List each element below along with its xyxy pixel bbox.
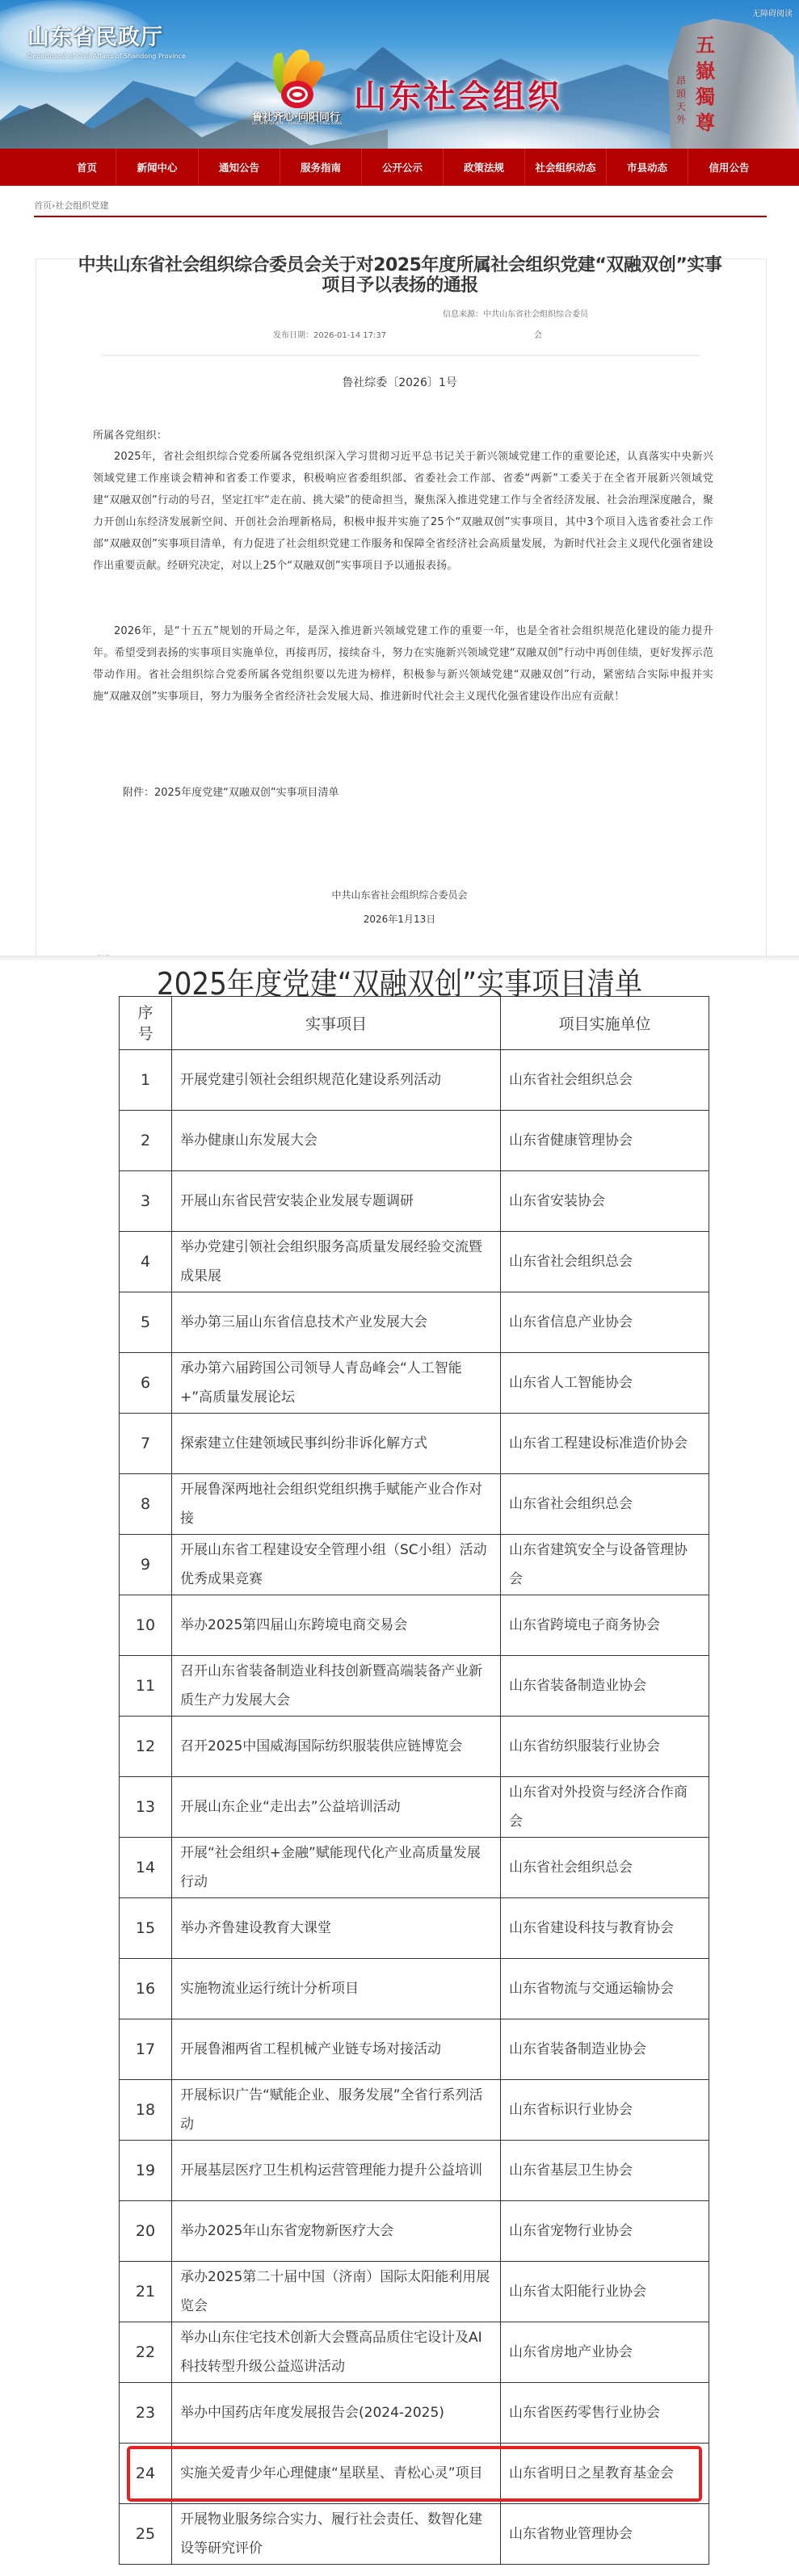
cell-unit: 山东省明日之星教育基金会 [501,2444,709,2504]
cell-unit: 山东省建设科技与教育协会 [501,1898,709,1959]
cell-unit: 山东省纺织服装行业协会 [501,1717,709,1777]
cell-no: 4 [120,1232,172,1292]
org-slogan-en: LU SHE QI XIN · XIANG YANG TONG XING [252,121,343,126]
cell-no: 5 [120,1292,172,1353]
cell-item: 举办齐鲁建设教育大课堂 [172,1898,501,1959]
article-source: 信息来源：中共山东省社会组织综合委员 [443,307,588,319]
cell-item: 举办2025第四届山东跨境电商交易会 [172,1595,501,1656]
cell-no: 1 [120,1050,172,1111]
cell-item: 开展基层医疗卫生机构运营管理能力提升公益培训 [172,2141,501,2201]
cell-unit: 山东省房地产业协会 [501,2322,709,2383]
cell-no: 18 [120,2080,172,2141]
nav-item-notices[interactable]: 通知公告 [199,149,280,186]
table-row: 13开展山东企业“走出去”公益培训活动山东省对外投资与经济合作商会 [120,1777,709,1838]
cell-item: 开展物业服务综合实力、履行社会责任、数智化建设等研究评价 [172,2504,501,2565]
body-paragraph-2: 2026年，是“十五五”规划的开局之年，是深入推进新兴领域党建工作的重要一年，也… [93,620,713,708]
nav-item-service-guide[interactable]: 服务指南 [280,149,362,186]
cell-no: 13 [120,1777,172,1838]
cell-item: 举办第三届山东省信息技术产业发展大会 [172,1292,501,1353]
table-row: 7探索建立住建领域民事纠纷非诉化解方式山东省工程建设标准造价协会 [120,1414,709,1474]
cell-item: 举办党建引领社会组织服务高质量发展经验交流暨成果展 [172,1232,501,1292]
table-row: 8开展鲁深两地社会组织党组织携手赋能产业合作对接山东省社会组织总会 [120,1474,709,1535]
accessibility-reading-link[interactable]: 无障碍阅读 [752,6,793,19]
cell-item: 承办2025第二十届中国（济南）国际太阳能利用展览会 [172,2262,501,2322]
cell-no: 12 [120,1717,172,1777]
cell-no: 11 [120,1656,172,1717]
nav-item-home[interactable]: 首页 [58,149,116,186]
cell-item: 开展标识广告“赋能企业、服务发展”全省行系列活动 [172,2080,501,2141]
site-banner: 五嶽獨尊 昂頭天外 山东省民政厅 Department of Civil Aff… [0,0,799,149]
attachment-label: 附件：2025年度党建“双融双创”实事项目清单 [123,784,339,799]
cell-item: 开展鲁深两地社会组织党组织携手赋能产业合作对接 [172,1474,501,1535]
table-row: 14开展“社会组织+金融”赋能现代化产业高质量发展行动山东省社会组织总会 [120,1838,709,1898]
cell-item: 探索建立住建领域民事纠纷非诉化解方式 [172,1414,501,1474]
cell-item: 开展鲁湘两省工程机械产业链专场对接活动 [172,2019,501,2080]
cell-item: 举办山东住宅技术创新大会暨高品质住宅设计及AI科技转型升级公益巡讲活动 [172,2322,501,2383]
table-row: 22举办山东住宅技术创新大会暨高品质住宅设计及AI科技转型升级公益巡讲活动山东省… [120,2322,709,2383]
cell-unit: 山东省物业管理协会 [501,2504,709,2565]
cell-item: 承办第六届跨国公司领导人青岛峰会“人工智能+”高质量发展论坛 [172,1353,501,1414]
table-row: 2举办健康山东发展大会山东省健康管理协会 [120,1111,709,1171]
cell-no: 2 [120,1111,172,1171]
table-row: 16实施物流业运行统计分析项目山东省物流与交通运输协会 [120,1959,709,2019]
source-value: 中共山东省社会组织综合委员 [483,310,588,319]
table-row: 15举办齐鲁建设教育大课堂山东省建设科技与教育协会 [120,1898,709,1959]
cell-item: 开展山东省工程建设安全管理小组（SC小组）活动优秀成果竞赛 [172,1535,501,1595]
cell-unit: 山东省标识行业协会 [501,2080,709,2141]
breadcrumb-divider [34,216,767,217]
cell-no: 10 [120,1595,172,1656]
cell-no: 17 [120,2019,172,2080]
cell-unit: 山东省医药零售行业协会 [501,2383,709,2444]
cell-no: 25 [120,2504,172,2565]
header-no: 序号 [120,997,172,1050]
cell-no: 6 [120,1353,172,1414]
table-row: 4举办党建引领社会组织服务高质量发展经验交流暨成果展山东省社会组织总会 [120,1232,709,1292]
table-header-row: 序号 实事项目 项目实施单位 [120,997,709,1050]
cell-unit: 山东省装备制造业协会 [501,1656,709,1717]
table-row: 24实施关爱青少年心理健康“星联星、青松心灵”项目山东省明日之星教育基金会 [120,2444,709,2504]
article-date: 发布日期：2026-01-14 17:37 [273,328,386,340]
article-card [36,258,767,963]
department-logo[interactable]: 山东省民政厅 Department of Civil Affairs of Sh… [27,19,186,60]
article-title: 中共山东省社会组织综合委员会关于对2025年度所属社会组织党建“双融双创”实事项… [73,255,727,296]
cell-no: 23 [120,2383,172,2444]
cell-item: 开展“社会组织+金融”赋能现代化产业高质量发展行动 [172,1838,501,1898]
cell-no: 15 [120,1898,172,1959]
header-item: 实事项目 [172,997,501,1050]
cell-item: 举办2025年山东省宠物新医疗大会 [172,2201,501,2262]
nav-item-news[interactable]: 新闻中心 [116,149,199,186]
nav-item-public-disclosure[interactable]: 公开公示 [362,149,444,186]
signature-date: 2026年1月13日 [0,912,799,926]
cell-no: 7 [120,1414,172,1474]
table-row: 6承办第六届跨国公司领导人青岛峰会“人工智能+”高质量发展论坛山东省人工智能协会 [120,1353,709,1414]
date-label: 发布日期： [273,331,313,340]
source-label: 信息来源： [443,310,483,319]
cell-item: 召开山东省装备制造业科技创新暨高端装备产业新质生产力发展大会 [172,1656,501,1717]
main-nav: 首页 新闻中心 通知公告 服务指南 公开公示 政策法规 社会组织动态 市县动态 … [0,149,799,186]
cell-item: 实施物流业运行统计分析项目 [172,1959,501,2019]
nav-item-org-news[interactable]: 社会组织动态 [525,149,607,186]
breadcrumb-current[interactable]: 社会组织党建 [55,200,108,211]
cell-unit: 山东省基层卫生协会 [501,2141,709,2201]
cell-no: 14 [120,1838,172,1898]
source-value-wrap: 会 [534,328,542,340]
cell-unit: 山东省建筑安全与设备管理协会 [501,1535,709,1595]
table-row: 20举办2025年山东省宠物新医疗大会山东省宠物行业协会 [120,2201,709,2262]
cell-no: 20 [120,2201,172,2262]
cell-unit: 山东省太阳能行业协会 [501,2262,709,2322]
cell-no: 16 [120,1959,172,2019]
table-row: 25开展物业服务综合实力、履行社会责任、数智化建设等研究评价山东省物业管理协会 [120,2504,709,2565]
cell-item: 开展山东企业“走出去”公益培训活动 [172,1777,501,1838]
cell-unit: 山东省对外投资与经济合作商会 [501,1777,709,1838]
cell-unit: 山东省社会组织总会 [501,1474,709,1535]
table-row: 23举办中国药店年度发展报告会(2024-2025)山东省医药零售行业协会 [120,2383,709,2444]
table-row: 12召开2025中国威海国际纺织服装供应链博览会山东省纺织服装行业协会 [120,1717,709,1777]
cell-no: 8 [120,1474,172,1535]
document-number: 鲁社综委〔2026〕1号 [0,374,799,390]
cell-unit: 山东省社会组织总会 [501,1838,709,1898]
cell-no: 9 [120,1535,172,1595]
nav-item-credit-notices[interactable]: 信用公告 [688,149,770,186]
cell-item: 举办健康山东发展大会 [172,1111,501,1171]
table-row: 5举办第三届山东省信息技术产业发展大会山东省信息产业协会 [120,1292,709,1353]
cell-unit: 山东省装备制造业协会 [501,2019,709,2080]
cell-no: 24 [120,2444,172,2504]
cell-no: 22 [120,2322,172,2383]
cell-no: 19 [120,2141,172,2201]
cell-item: 举办中国药店年度发展报告会(2024-2025) [172,2383,501,2444]
cell-unit: 山东省信息产业协会 [501,1292,709,1353]
table-row: 9开展山东省工程建设安全管理小组（SC小组）活动优秀成果竞赛山东省建筑安全与设备… [120,1535,709,1595]
cell-unit: 山东省健康管理协会 [501,1111,709,1171]
cell-unit: 山东省社会组织总会 [501,1232,709,1292]
breadcrumb-home[interactable]: 首页 [34,200,52,211]
cell-item: 开展党建引领社会组织规范化建设系列活动 [172,1050,501,1111]
cell-unit: 山东省社会组织总会 [501,1050,709,1111]
nav-spacer [0,149,58,186]
cell-unit: 山东省工程建设标准造价协会 [501,1414,709,1474]
cell-unit: 山东省人工智能协会 [501,1353,709,1414]
date-value: 2026-01-14 17:37 [313,331,386,340]
cell-item: 实施关爱青少年心理健康“星联星、青松心灵”项目 [172,2444,501,2504]
rock-inscription-small: 昂頭天外 [675,74,688,126]
meta-divider [102,355,700,356]
table-row: 17开展鲁湘两省工程机械产业链专场对接活动山东省装备制造业协会 [120,2019,709,2080]
cell-unit: 山东省安装协会 [501,1171,709,1232]
table-row: 18开展标识广告“赋能企业、服务发展”全省行系列活动山东省标识行业协会 [120,2080,709,2141]
header-unit: 项目实施单位 [501,997,709,1050]
logo-heart-inner [289,89,305,100]
body-paragraph-1: 2025年，省社会组织综合党委所属各党组织深入学习贯彻习近平总书记关于新兴领域党… [93,446,713,577]
nav-item-city-county-news[interactable]: 市县动态 [607,149,688,186]
rock-inscription: 五嶽獨尊 [693,32,717,136]
project-table: 序号 实事项目 项目实施单位 1开展党建引领社会组织规范化建设系列活动山东省社会… [119,996,709,2565]
department-name-en: Department of Civil Affairs of Shandong … [27,53,186,60]
salutation: 所属各党组织： [93,425,713,447]
department-name: 山东省民政厅 [27,19,186,51]
table-body: 1开展党建引领社会组织规范化建设系列活动山东省社会组织总会2举办健康山东发展大会… [120,1050,709,2565]
table-row: 3开展山东省民营安装企业发展专题调研山东省安装协会 [120,1171,709,1232]
table-row: 10举办2025第四届山东跨境电商交易会山东省跨境电子商务协会 [120,1595,709,1656]
cell-unit: 山东省跨境电子商务协会 [501,1595,709,1656]
site-title: 山东社会组织 [354,71,562,117]
cell-unit: 山东省宠物行业协会 [501,2201,709,2262]
cell-no: 3 [120,1171,172,1232]
table-row: 11召开山东省装备制造业科技创新暨高端装备产业新质生产力发展大会山东省装备制造业… [120,1656,709,1717]
cell-item: 召开2025中国威海国际纺织服装供应链博览会 [172,1717,501,1777]
breadcrumb: 首页›社会组织党建 [34,199,108,212]
table-row: 1开展党建引领社会组织规范化建设系列活动山东省社会组织总会 [120,1050,709,1111]
nav-item-policies[interactable]: 政策法规 [444,149,525,186]
signature-org: 中共山东省社会组织综合委员会 [0,888,799,901]
cell-item: 开展山东省民营安装企业发展专题调研 [172,1171,501,1232]
cell-no: 21 [120,2262,172,2322]
table-row: 21承办2025第二十届中国（济南）国际太阳能利用展览会山东省太阳能行业协会 [120,2262,709,2322]
table-row: 19开展基层医疗卫生机构运营管理能力提升公益培训山东省基层卫生协会 [120,2141,709,2201]
cell-unit: 山东省物流与交通运输协会 [501,1959,709,2019]
